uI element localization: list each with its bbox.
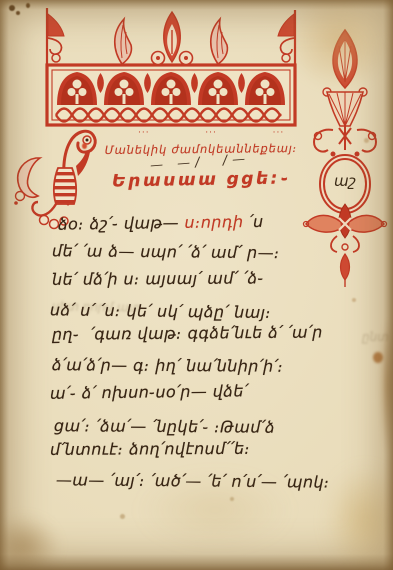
marginal-palmette-ornament: աշ [296,26,392,288]
speckle [26,3,30,8]
verso-showthrough-text: ընտ [362,330,389,344]
foxing-spot [352,298,356,302]
bird-beak [76,151,90,176]
headpiece-ornament [34,2,300,130]
rust-spot [373,352,383,363]
text-line: —ա— ՛այ՛։ ՛ած՛— ՛ե՛ ո՛ս՛— ՛պոկ։ [34,451,330,511]
parchment-stain [325,465,393,570]
foxing-spot [120,514,125,519]
manuscript-page: ղմւոե սղտմ ետղ սետ ղորմ ատ ընտ [0,0,393,570]
speckle [9,5,15,11]
page-edge-bottom [0,554,393,570]
rubric-dots: ··· ··· ··· ··· [138,128,352,138]
incipit-line: Երասաա ցցե։֊ [112,168,290,191]
text-segment: —ա— ՛այ՛։ ՛ած՛— ՛ե՛ ո՛ս՛— ՛պոկ։ [56,470,330,491]
speckle [16,11,20,15]
parchment-stain [380,318,393,453]
page-edge-left [0,0,9,570]
quire-mark-text: աշ [334,172,356,190]
parchment-stain [0,515,60,570]
